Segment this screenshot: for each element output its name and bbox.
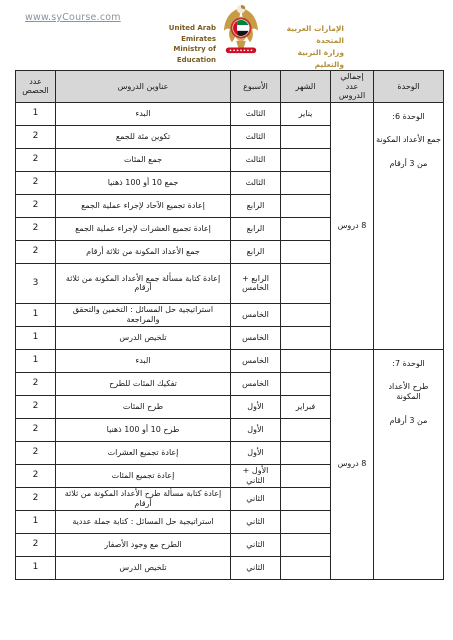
periods-cell: 1 (16, 349, 56, 372)
week-cell: الثاني (231, 533, 281, 556)
week-cell: الرابع (231, 194, 281, 217)
week-cell: الرابع + الخامس (231, 263, 281, 303)
periods-cell: 1 (16, 326, 56, 349)
week-cell: الأول (231, 418, 281, 441)
site-link[interactable]: www.syCourse.com (25, 12, 121, 23)
periods-cell: 1 (16, 102, 56, 125)
month-cell (281, 148, 331, 171)
week-cell: الخامس (231, 349, 281, 372)
periods-cell: 1 (16, 510, 56, 533)
total-lessons-cell: 8 دروس (331, 349, 374, 579)
header-total-lessons: إجمالي عدد الدروس (331, 71, 374, 103)
periods-cell: 2 (16, 487, 56, 510)
month-cell (281, 171, 331, 194)
lesson-title-cell: جمع 10 أو 100 ذهنيا (56, 171, 231, 194)
periods-cell: 2 (16, 533, 56, 556)
month-cell (281, 240, 331, 263)
periods-cell: 2 (16, 240, 56, 263)
logo-arabic-line2: وزارة التربية والتعليم (266, 47, 344, 71)
month-cell (281, 418, 331, 441)
periods-cell: 2 (16, 148, 56, 171)
lesson-title-cell: جمع الأعداد المكونة من ثلاثة أرقام (56, 240, 231, 263)
lesson-title-cell: تلخيص الدرس (56, 326, 231, 349)
periods-cell: 2 (16, 217, 56, 240)
week-cell: الثالث (231, 171, 281, 194)
month-cell (281, 194, 331, 217)
week-cell: الثالث (231, 125, 281, 148)
table-row: الوحدة 7:طرح الأعداد المكونةمن 3 أرقام8 … (16, 349, 444, 372)
periods-cell: 1 (16, 556, 56, 579)
periods-cell: 2 (16, 464, 56, 487)
lesson-title-cell: طرح 10 أو 100 ذهنيا (56, 418, 231, 441)
month-cell (281, 349, 331, 372)
total-lessons-cell: 8 دروس (331, 102, 374, 349)
lesson-title-cell: تلخيص الدرس (56, 556, 231, 579)
month-cell: يناير (281, 102, 331, 125)
lesson-title-cell: جمع المئات (56, 148, 231, 171)
lesson-title-cell: البدء (56, 102, 231, 125)
week-cell: الخامس (231, 303, 281, 326)
week-cell: الرابع (231, 217, 281, 240)
lesson-title-cell: إعادة كتابة مسألة جمع الأعداد المكونة من… (56, 263, 231, 303)
month-cell (281, 326, 331, 349)
lesson-title-cell: طرح المئات (56, 395, 231, 418)
header-unit: الوحدة (374, 71, 444, 103)
month-cell (281, 487, 331, 510)
week-cell: الأول (231, 441, 281, 464)
lesson-title-cell: إعادة تجميع الآحاد لإجراء عملية الجمع (56, 194, 231, 217)
lesson-title-cell: إعادة تجميع المئات (56, 464, 231, 487)
week-cell: الثاني (231, 487, 281, 510)
periods-cell: 1 (16, 303, 56, 326)
periods-cell: 2 (16, 395, 56, 418)
month-cell (281, 441, 331, 464)
week-cell: الخامس (231, 326, 281, 349)
document-page: www.syCourse.com United Arab Emirates Mi… (0, 0, 453, 640)
header-periods: عدد الحصص (16, 71, 56, 103)
table-header-row: الوحدة إجمالي عدد الدروس الشهر الأسبوع ع… (16, 71, 444, 103)
header-week: الأسبوع (231, 71, 281, 103)
week-cell: الخامس (231, 372, 281, 395)
periods-cell: 2 (16, 372, 56, 395)
lesson-title-cell: إعادة تجميع العشرات (56, 441, 231, 464)
periods-cell: 3 (16, 263, 56, 303)
month-cell (281, 464, 331, 487)
lesson-title-cell: استراتيجية حل المسائل : كتابة جملة عددية (56, 510, 231, 533)
unit-text-line: من 3 أرقام (376, 159, 441, 169)
periods-cell: 2 (16, 171, 56, 194)
week-cell: الثاني (231, 510, 281, 533)
table-row: الوحدة 6:جمع الأعداد المكونةمن 3 أرقام8 … (16, 102, 444, 125)
unit-text-line: من 3 أرقام (376, 416, 441, 426)
logo-english-line1: United Arab Emirates (150, 23, 216, 44)
month-cell (281, 372, 331, 395)
lesson-title-cell: إعادة كتابة مسألة طرح الأعداد المكونة من… (56, 487, 231, 510)
logo-arabic-text: الإمارات العربية المتحدة وزارة التربية و… (266, 23, 344, 71)
week-cell: الثاني (231, 556, 281, 579)
unit-text-line: الوحدة 7: (376, 359, 441, 369)
month-cell (281, 125, 331, 148)
month-cell: فبراير (281, 395, 331, 418)
month-cell (281, 533, 331, 556)
periods-cell: 2 (16, 125, 56, 148)
week-cell: الثالث (231, 102, 281, 125)
week-cell: الأول (231, 395, 281, 418)
header-lesson-titles: عناوين الدروس (56, 71, 231, 103)
lesson-title-cell: تكوين مئة للجمع (56, 125, 231, 148)
week-cell: الرابع (231, 240, 281, 263)
month-cell (281, 303, 331, 326)
unit-cell: الوحدة 7:طرح الأعداد المكونةمن 3 أرقام (374, 349, 444, 579)
lesson-title-cell: البدء (56, 349, 231, 372)
month-cell (281, 510, 331, 533)
periods-cell: 2 (16, 194, 56, 217)
lesson-title-cell: استراتيجية حل المسائل : التخمين والتحقق … (56, 303, 231, 326)
uae-falcon-emblem-icon (222, 1, 260, 55)
month-cell (281, 217, 331, 240)
logo-english-text: United Arab Emirates Ministry of Educati… (150, 23, 216, 65)
lesson-title-cell: تفكيك المئات للطرح (56, 372, 231, 395)
curriculum-table: الوحدة إجمالي عدد الدروس الشهر الأسبوع ع… (15, 70, 444, 580)
month-cell (281, 556, 331, 579)
month-cell (281, 263, 331, 303)
header-month: الشهر (281, 71, 331, 103)
lesson-title-cell: إعادة تجميع العشرات لإجراء عملية الجمع (56, 217, 231, 240)
periods-cell: 2 (16, 441, 56, 464)
ministry-logo: United Arab Emirates Ministry of Educati… (150, 1, 344, 71)
unit-text-line: جمع الأعداد المكونة (376, 135, 441, 145)
week-cell: الأول + الثاني (231, 464, 281, 487)
unit-text-line: طرح الأعداد المكونة (376, 382, 441, 401)
lesson-title-cell: الطرح مع وجود الأصفار (56, 533, 231, 556)
periods-cell: 2 (16, 418, 56, 441)
week-cell: الثالث (231, 148, 281, 171)
logo-arabic-line1: الإمارات العربية المتحدة (266, 23, 344, 47)
logo-english-line2: Ministry of Education (150, 44, 216, 65)
unit-text-line: الوحدة 6: (376, 112, 441, 122)
unit-cell: الوحدة 6:جمع الأعداد المكونةمن 3 أرقام (374, 102, 444, 349)
